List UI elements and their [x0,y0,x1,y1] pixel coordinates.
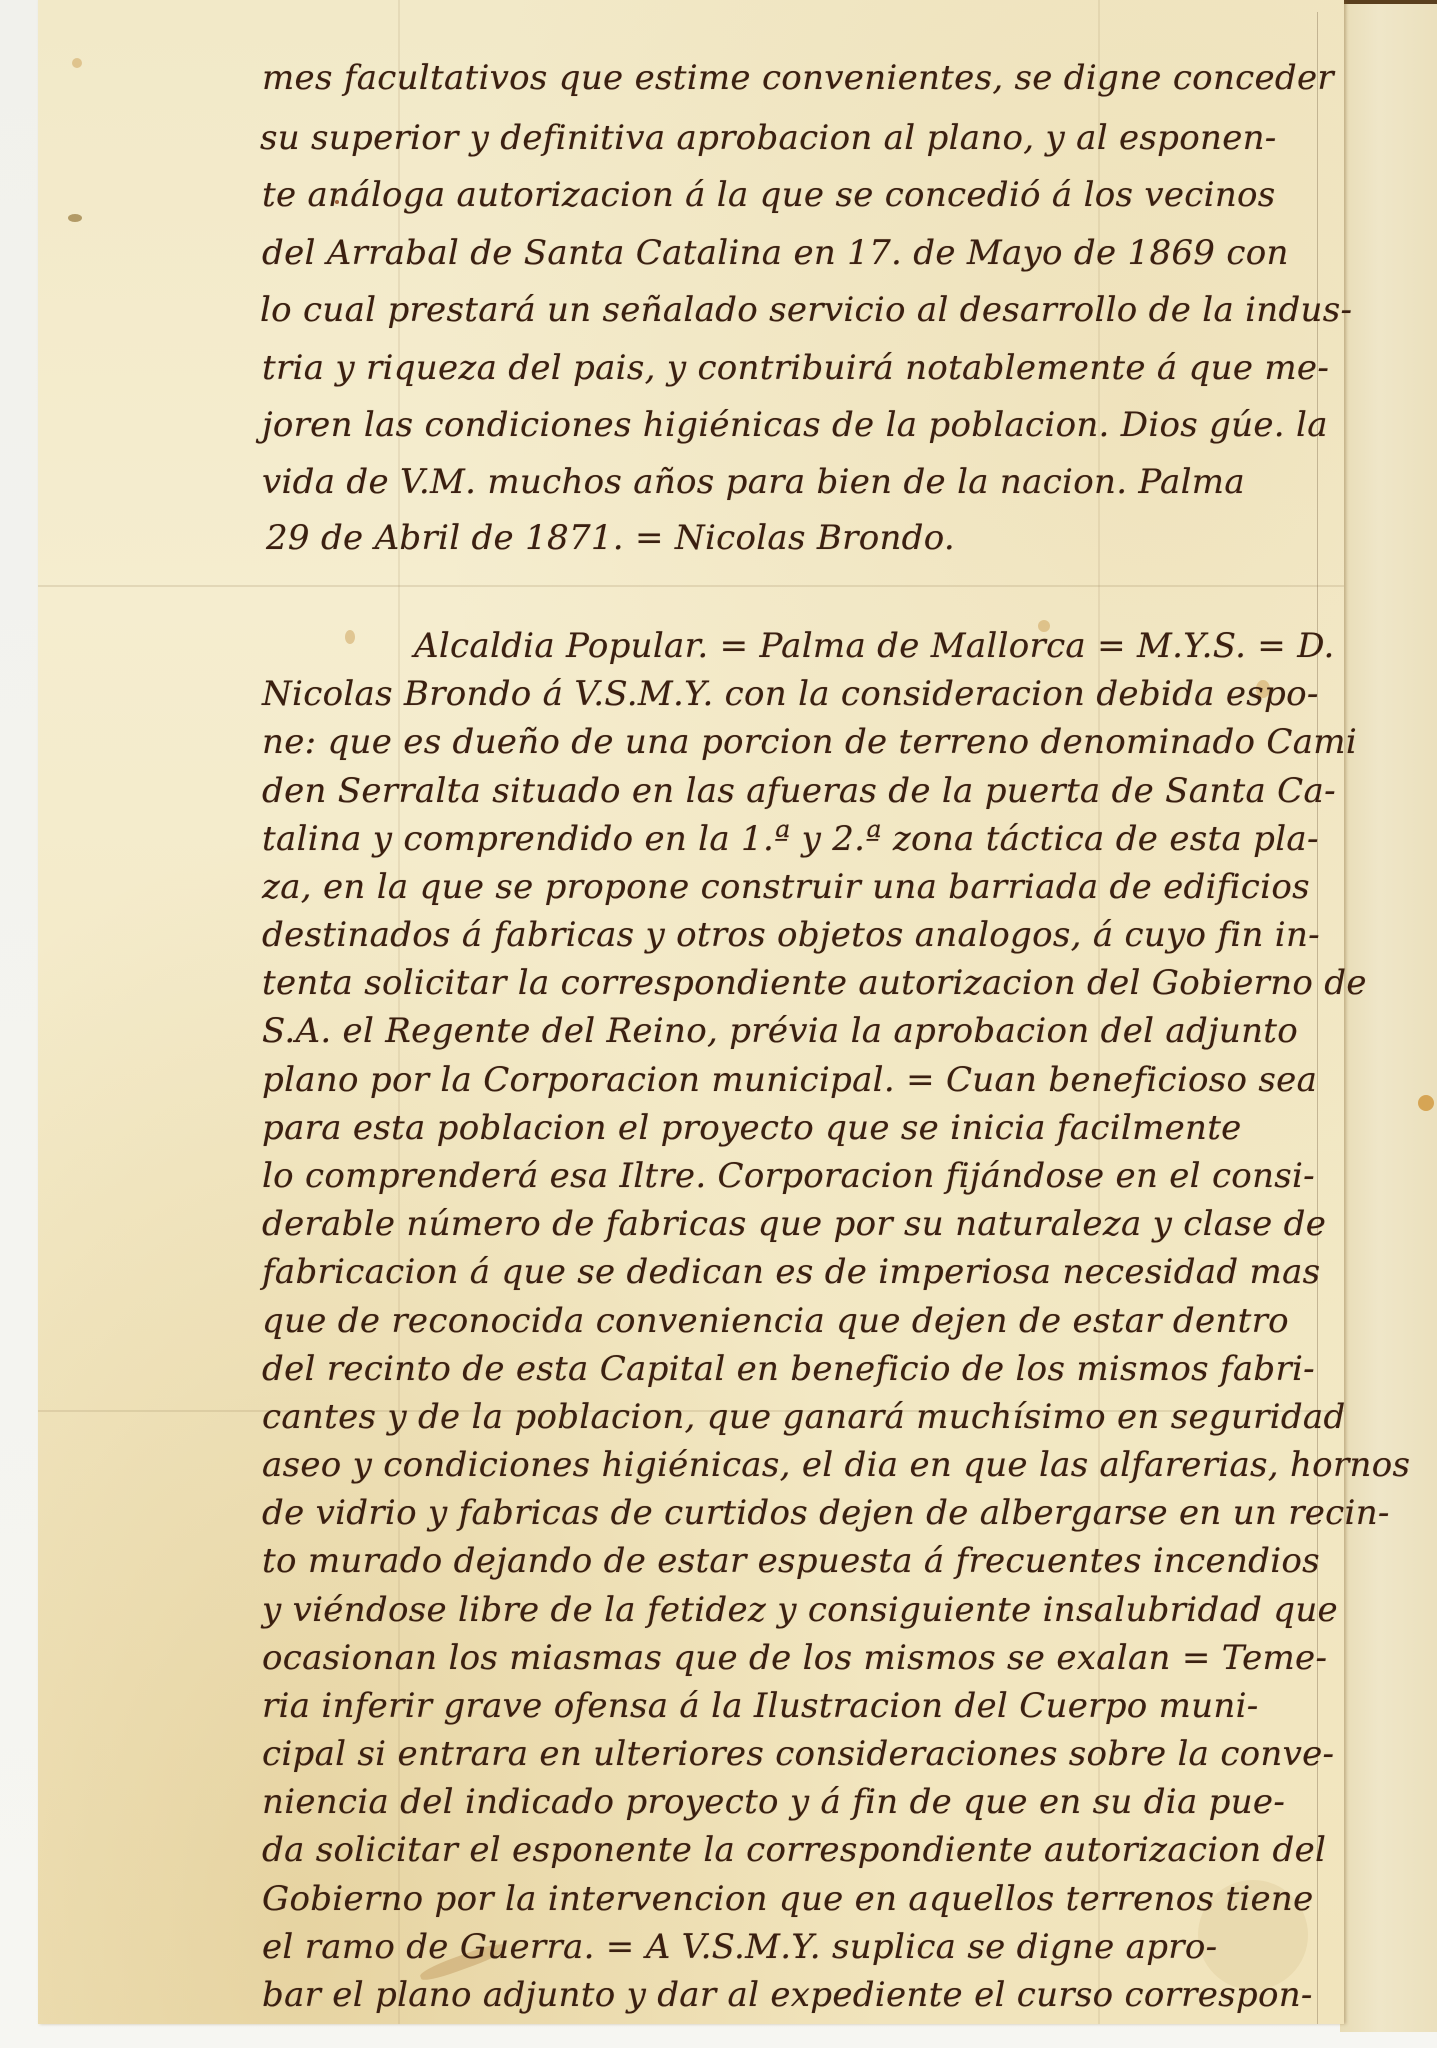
text-line: vida de V.M. muchos años para bien de la… [262,462,1245,502]
underlying-page-edge [1340,0,1437,2032]
text-line: za, en la que se propone construir una b… [262,867,1310,907]
text-line: to murado dejando de estar espuesta á fr… [262,1541,1320,1581]
text-line: bar el plano adjunto y dar al expediente… [262,1975,1313,2015]
text-line: lo cual prestará un señalado servicio al… [260,290,1352,330]
text-line: lo comprenderá esa Iltre. Corporacion fi… [262,1156,1315,1196]
text-line: de vidrio y fabricas de curtidos dejen d… [262,1493,1390,1533]
paper-stain [1418,1095,1434,1111]
heading-line: Alcaldia Popular. = Palma de Mallorca = … [414,626,1335,666]
text-line: derable número de fabricas que por su na… [262,1204,1326,1244]
text-line: del Arrabal de Santa Catalina en 17. de … [262,233,1289,273]
text-line: aseo y condiciones higiénicas, el dia en… [262,1445,1410,1485]
text-line: niencia del indicado proyecto y á fin de… [262,1782,1285,1822]
text-line: cantes y de la poblacion, que ganará muc… [262,1397,1346,1437]
text-line: S.A. el Regente del Reino, prévia la apr… [262,1011,1298,1051]
text-line: ne: que es dueño de una porcion de terre… [262,722,1357,762]
text-line: talina y comprendido en la 1.ª y 2.ª zon… [262,819,1319,859]
text-line: tenta solicitar la correspondiente autor… [262,963,1367,1003]
text-line: tria y riqueza del pais, y contribuirá n… [262,348,1329,388]
text-line: ria inferir grave ofensa á la Ilustracio… [262,1686,1259,1726]
text-line: que de reconocida conveniencia que dejen… [262,1301,1289,1341]
text-line: Gobierno por la intervencion que en aque… [262,1879,1314,1919]
paper-stain [345,630,355,644]
text-line: cipal si entrara en ulteriores considera… [262,1734,1334,1774]
text-line: destinados á fabricas y otros objetos an… [262,915,1320,955]
text-line: te análoga autorizacion á la que se conc… [262,175,1276,215]
text-line: Nicolas Brondo á V.S.M.Y. con la conside… [262,674,1319,714]
paper-stain [68,214,82,222]
text-line: plano por la Corporacion municipal. = Cu… [262,1060,1317,1100]
text-line: joren las condiciones higiénicas de la p… [262,405,1328,445]
paper-fold-line [38,585,1344,587]
text-line: para esta poblacion el proyecto que se i… [262,1108,1242,1148]
text-line: y viéndose libre de la fetidez y consigu… [262,1590,1338,1630]
text-line: ocasionan los miasmas que de los mismos … [262,1638,1327,1678]
text-line: mes facultativos que estime convenientes… [262,58,1334,98]
text-line: su superior y definitiva aprobacion al p… [260,118,1277,158]
text-line: el ramo de Guerra. = A V.S.M.Y. suplica … [262,1927,1217,1967]
text-line: del recinto de esta Capital en beneficio… [262,1349,1315,1389]
paper-stain [72,58,82,68]
text-line: fabricacion á que se dedican es de imper… [262,1252,1320,1292]
text-line: den Serralta situado en las afueras de l… [262,771,1336,811]
text-line: da solicitar el esponente la correspondi… [262,1830,1326,1870]
signature-line: 29 de Abril de 1871. = Nicolas Brondo. [266,518,955,558]
